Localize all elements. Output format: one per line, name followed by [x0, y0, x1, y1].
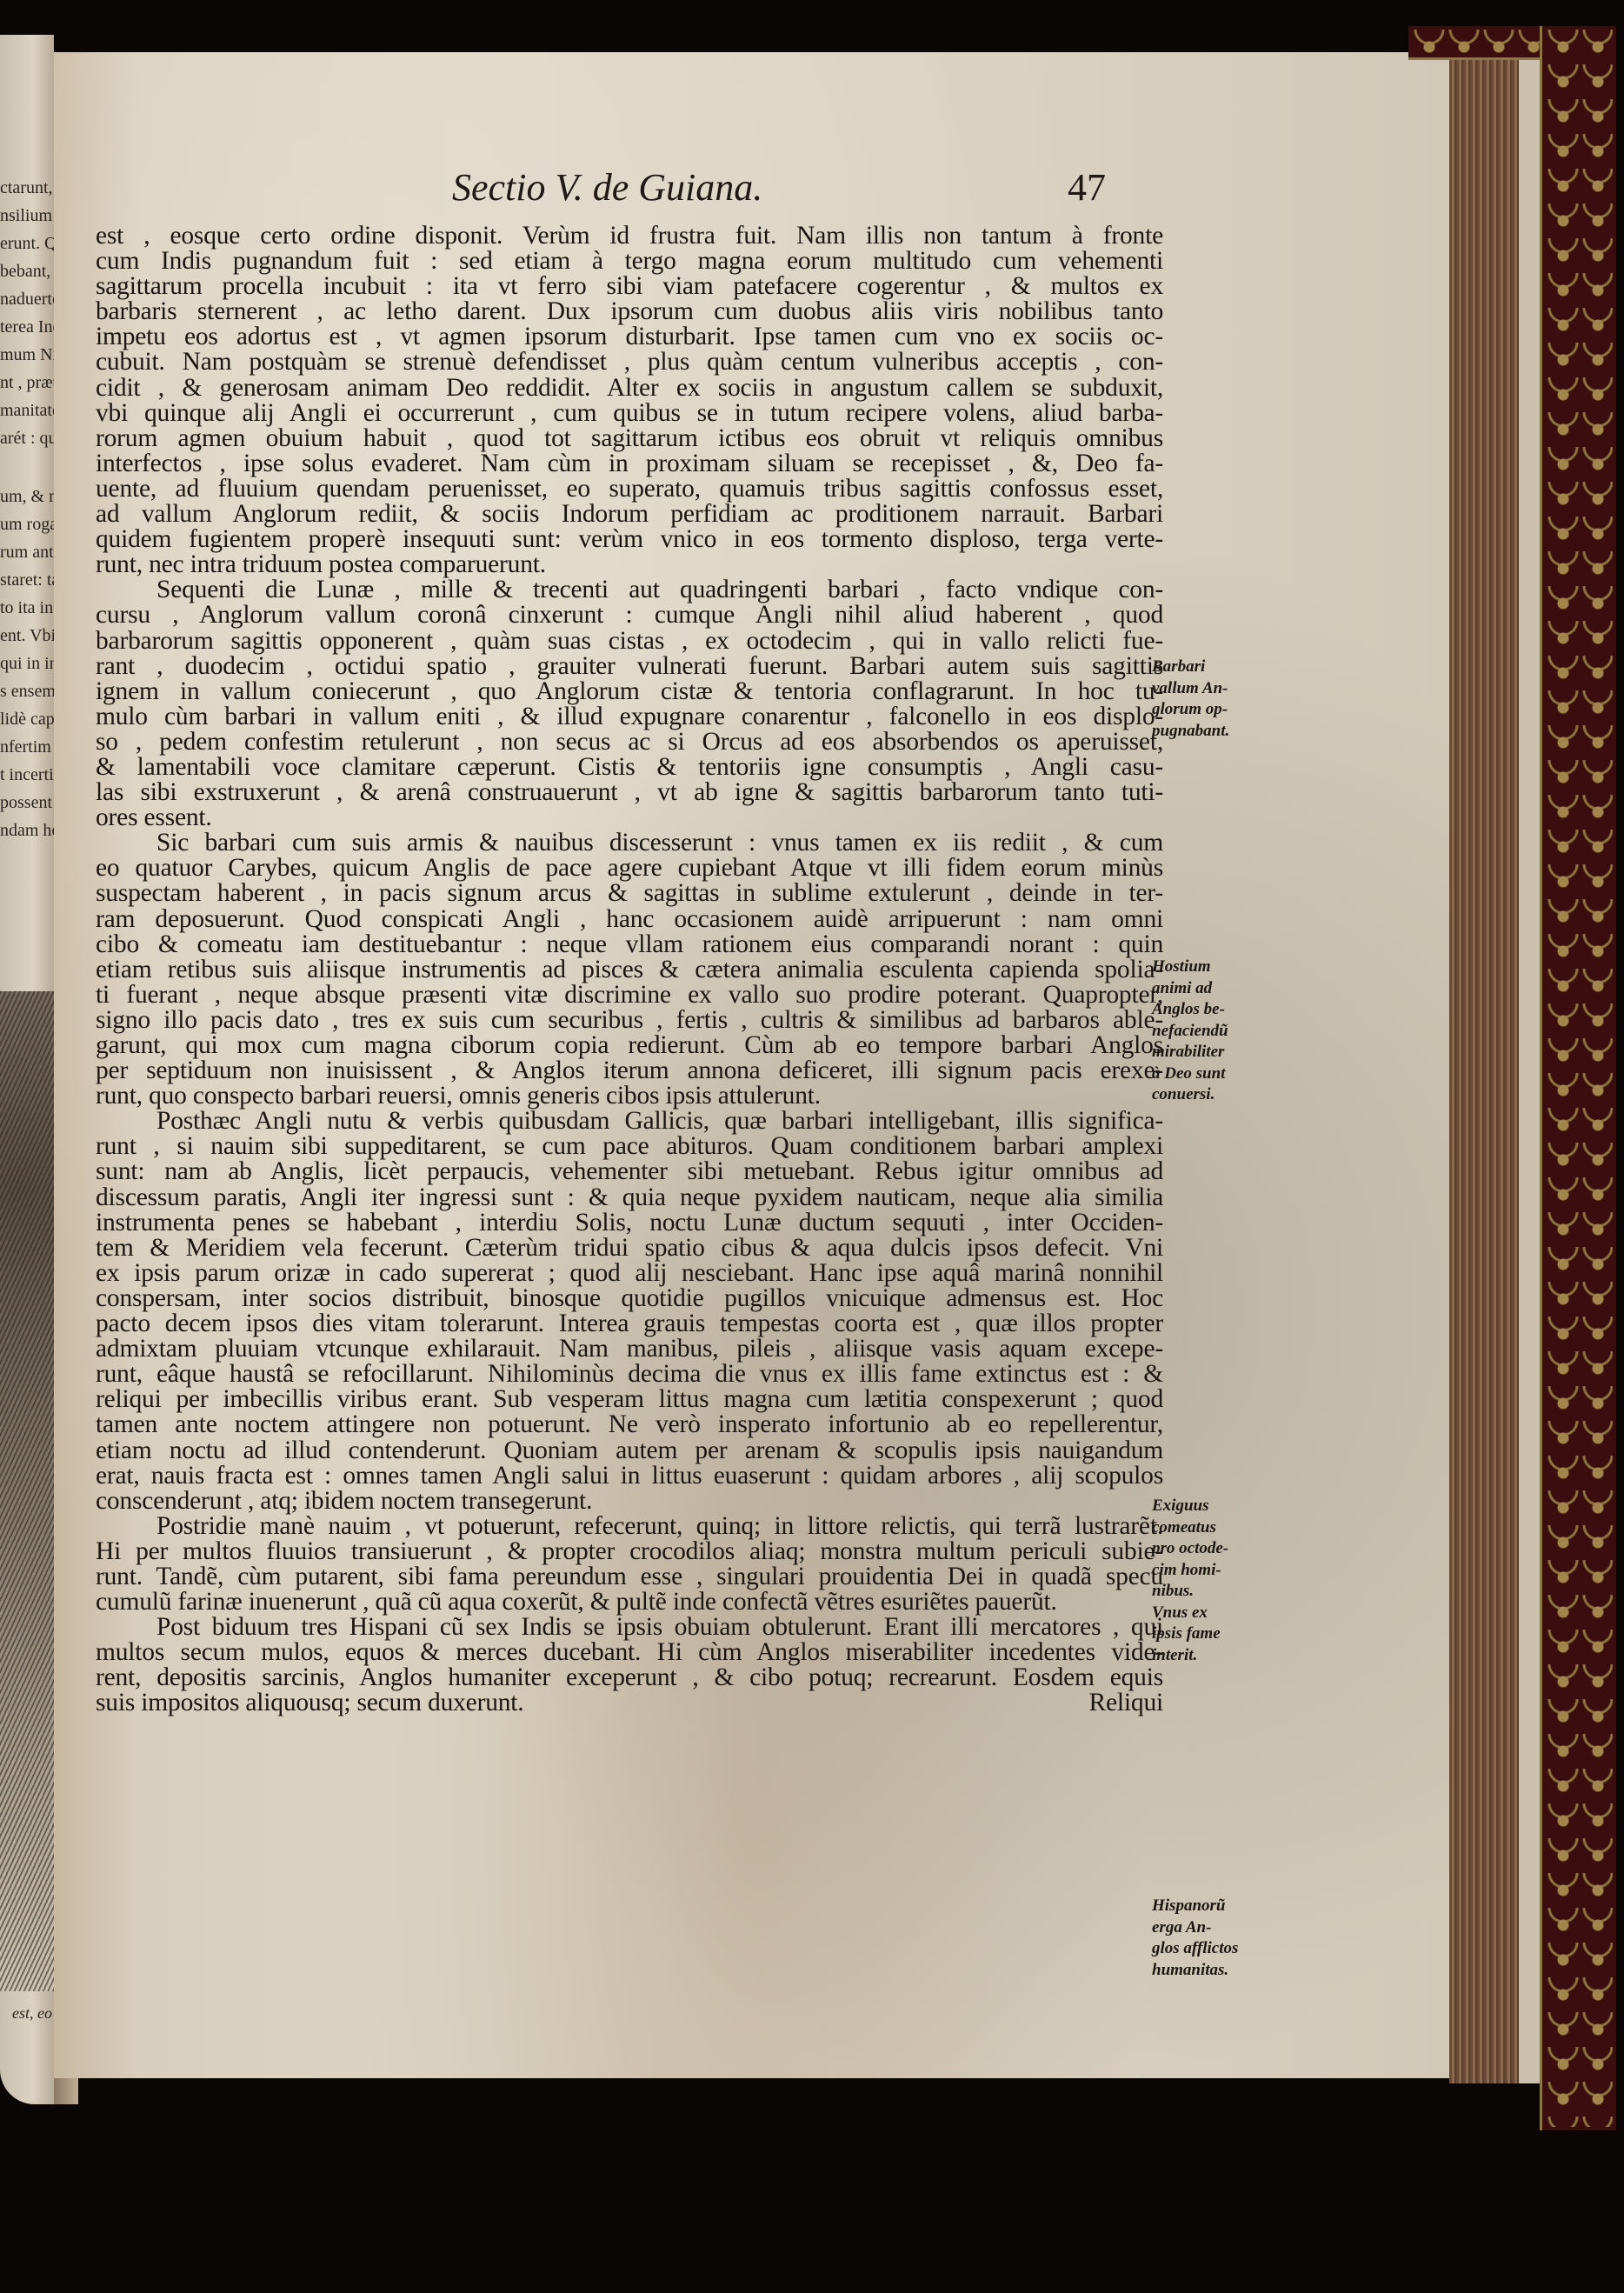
text-line: & lamentabili voce clamitare cæperunt. C… — [96, 755, 1163, 780]
text-line: cum Indis pugnandum fuit : sed etiam à t… — [96, 249, 1163, 274]
page-number: 47 — [1068, 165, 1106, 210]
text-line: per septiduum non inuisissent , & Anglos… — [96, 1058, 1163, 1083]
text-line: cidit , & generosam animam Deo reddidit.… — [96, 376, 1163, 401]
text-line: Postridie manè nauim , vt potuerunt, ref… — [96, 1514, 1163, 1539]
text-line: cibo & comeatu iam destituebantur : nequ… — [96, 932, 1163, 957]
facing-page-fragment: mum Nicoti- — [0, 341, 54, 369]
marginal-note-line: nibus. — [1152, 1581, 1265, 1603]
facing-page-fragment: ctarunt, vbi — [0, 174, 54, 202]
background-top — [54, 0, 1462, 52]
text-line: conscenderunt , atq; ibidem noctem trans… — [96, 1489, 1163, 1514]
text-line: Sequenti die Lunæ , mille & trecenti aut… — [96, 577, 1163, 603]
page-block-edge — [1449, 57, 1519, 2083]
facing-page-fragment: nt , præter h- — [0, 369, 54, 397]
marginal-note-line: humanitas. — [1152, 1960, 1265, 1982]
text-line: rant , duodecim , octidui spatio , graui… — [96, 654, 1163, 679]
text-line: ores essent. — [96, 805, 1163, 830]
marginal-note-line: glorum op- — [1152, 699, 1265, 721]
engraving-illustration — [0, 991, 54, 1991]
text-line: runt, quo conspecto barbari reuersi, omn… — [96, 1083, 1163, 1109]
marginal-note-line: Exiguus — [1152, 1496, 1265, 1517]
facing-page-fragment: um, & metal- — [0, 483, 54, 510]
text-line: cumulũ farinæ inuenerunt , quã cũ aqua c… — [96, 1590, 1163, 1615]
marginal-note-line: Anglos be- — [1152, 999, 1265, 1021]
text-line: admixtam pluuiam vtcunque exhilarauit. N… — [96, 1336, 1163, 1362]
running-header: Sectio V. de Guiana. — [452, 165, 1539, 210]
text-line: uente, ad fluuium quendam peruenisset, e… — [96, 477, 1163, 502]
text-line: runt, eâque haustâ se refocillarunt. Nih… — [96, 1362, 1163, 1387]
marginal-note-line: conuersi. — [1152, 1084, 1265, 1106]
text-line: ram deposuerunt. Quod conspicati Angli ,… — [96, 907, 1163, 932]
text-line: garunt, qui mox cum magna ciborum copia … — [96, 1033, 1163, 1058]
marginal-note-line: ipsis fame — [1152, 1623, 1265, 1645]
marginal-note-line: cim homi- — [1152, 1560, 1265, 1582]
marginal-note: Barbarivallum An-glorum op-pugnabant. — [1152, 657, 1265, 742]
text-line: Sic barbari cum suis armis & nauibus dis… — [96, 830, 1163, 856]
text-line: runt , si nauim sibi suppeditarent, se c… — [96, 1134, 1163, 1159]
text-line: cubuit. Nam postquàm se strenuè defendis… — [96, 350, 1163, 375]
text-line: rorum agmen obuium habuit , quod tot sag… — [96, 426, 1163, 451]
text-line: est , eosque certo ordine disponit. Verù… — [96, 223, 1163, 249]
facing-page-fragment: bebant, tam — [0, 257, 54, 285]
marginal-note-line: pugnabant. — [1152, 721, 1265, 743]
facing-page-fragment: ndam horta- — [0, 817, 54, 844]
page-edge-margin — [1519, 57, 1540, 2083]
facing-page-fragment: qui in insi- — [0, 650, 54, 677]
marginal-note-line: pro octode- — [1152, 1538, 1265, 1560]
facing-page-fragment: staret: tam — [0, 566, 54, 594]
facing-page-fragment: rum antesign- — [0, 538, 54, 566]
text-line: suis impositos aliquousq; secum duxerunt… — [96, 1690, 1163, 1716]
facing-page-fragment: t incerti, cu- — [0, 761, 54, 789]
text-line: barbaris sternerent , ac letho darent. D… — [96, 299, 1163, 324]
text-line: ex ipsis parum orizæ in cado supererat ;… — [96, 1261, 1163, 1286]
text-line: interfectos , ipse solus evaderet. Nam c… — [96, 451, 1163, 477]
facing-page-fragment: erunt. Quo- — [0, 230, 54, 257]
text-line: ignem in vallum coniecerunt , quo Anglor… — [96, 679, 1163, 704]
text-line: las sibi exstruxerunt , & arenâ construa… — [96, 780, 1163, 805]
marginal-note: Hispanorũerga An-glos afflictoshumanitas… — [1152, 1896, 1265, 1981]
marginal-note-line: nefaciendũ — [1152, 1021, 1265, 1043]
facing-page-fragment: to ita incede- — [0, 594, 54, 622]
facing-page-fragment: possent , di- — [0, 789, 54, 817]
text-line: so , pedem confestim retulerunt , non se… — [96, 730, 1163, 755]
text-line: Post biduum tres Hispani cũ sex Indis se… — [96, 1615, 1163, 1640]
marginal-note-line: Vnus ex — [1152, 1603, 1265, 1624]
text-line: mulo cùm barbari in vallum eniti , & ill… — [96, 704, 1163, 730]
text-line: instrumenta penes se habebant , interdiu… — [96, 1210, 1163, 1236]
text-line: sagittarum procella incubuit : ita vt fe… — [96, 274, 1163, 299]
facing-page-fragment: est, eo — [0, 2004, 52, 2023]
text-line: signo illo pacis dato , tres ex suis cum… — [96, 1008, 1163, 1033]
gilt-binding-border — [1540, 26, 1616, 2130]
text-line: runt. Tandẽ, cùm putarent, sibi fama per… — [96, 1564, 1163, 1590]
text-line: cursu , Anglorum vallum coronâ cinxerunt… — [96, 603, 1163, 628]
text-line: etiam retibus suis aliisque instrumentis… — [96, 957, 1163, 983]
text-line: conspersam, inter socios distribuit, bin… — [96, 1286, 1163, 1311]
marginal-note-line: comeatus — [1152, 1517, 1265, 1539]
text-line: reliqui per imbecillis viribus erant. Su… — [96, 1387, 1163, 1412]
text-line: tem & Meridiem vela fecerunt. Cæterùm tr… — [96, 1236, 1163, 1261]
marginal-note-line: mirabiliter — [1152, 1042, 1265, 1063]
body-text: est , eosque certo ordine disponit. Verù… — [96, 223, 1163, 1716]
facing-page-fragment: terea Indi ma- — [0, 313, 54, 341]
text-line: impetu eos adortus est , vt agmen ipsoru… — [96, 324, 1163, 350]
text-line: tamen ante noctem attingere non potuerun… — [96, 1412, 1163, 1437]
marginal-note: Hostiumanimi adAnglos be-nefaciendũmirab… — [1152, 957, 1265, 1106]
marginal-note-line: erga An- — [1152, 1917, 1265, 1939]
text-line: eo quatuor Carybes, quicum Anglis de pac… — [96, 856, 1163, 881]
text-line: sunt: nam ab Anglis, licèt perpaucis, ve… — [96, 1159, 1163, 1184]
text-line: Posthæc Angli nutu & verbis quibusdam Ga… — [96, 1109, 1163, 1134]
marginal-note-line: Hostium — [1152, 957, 1265, 978]
text-line: suspectam haberent , in pacis signum arc… — [96, 881, 1163, 906]
marginal-note-line: Barbari — [1152, 657, 1265, 678]
facing-page-fragment: nsilium cela- — [0, 202, 54, 230]
text-line: erat, nauis fracta est : omnes tamen Ang… — [96, 1463, 1163, 1489]
facing-page-fragment: nfertim expu- — [0, 733, 54, 761]
marginal-note-line: Hispanorũ — [1152, 1896, 1265, 1917]
text-line: ti fuerant , neque absque præsenti vitæ … — [96, 983, 1163, 1008]
marginal-note-line: interit. — [1152, 1645, 1265, 1667]
text-line: Hi per multos fluuios transiuerunt , & p… — [96, 1539, 1163, 1564]
facing-page-fragment: s ensem cu- — [0, 677, 54, 705]
facing-page-fragment: ent. Vbi p- — [0, 622, 54, 650]
text-line: multos secum mulos, equos & merces duceb… — [96, 1640, 1163, 1665]
facing-page: ctarunt, vbinsilium cela-erunt. Quo-beba… — [0, 35, 54, 2104]
marginal-note-line: glos afflictos — [1152, 1938, 1265, 1960]
marginal-note-line: animi ad — [1152, 978, 1265, 1000]
marginal-note-line: à Deo sunt — [1152, 1063, 1265, 1085]
facing-page-fragment: arét : quoni- — [0, 424, 54, 452]
text-line: quidem fugientem properè insequuti sunt:… — [96, 527, 1163, 552]
facing-page-fragment: um rogarunt- — [0, 510, 54, 538]
text-line: runt, nec intra triduum postea comparuer… — [96, 552, 1163, 577]
text-line: vbi quinque alij Angli ei occurrerunt , … — [96, 401, 1163, 426]
facing-page-fragment: manitate An- — [0, 397, 54, 424]
text-line: etiam noctu ad illud contenderunt. Quoni… — [96, 1438, 1163, 1463]
marginal-note-line: vallum An- — [1152, 678, 1265, 700]
facing-page-fragment: lidè capiti i- — [0, 705, 54, 733]
text-line: discessum paratis, Angli iter ingressi s… — [96, 1185, 1163, 1210]
text-line: pacto decem ipsos dies vitam tolerarunt.… — [96, 1311, 1163, 1336]
text-line: rent, depositis sarcinis, Anglos humanit… — [96, 1665, 1163, 1690]
text-line: barbarorum sagittis opponerent , quàm su… — [96, 629, 1163, 654]
text-line: ad vallum Anglorum rediit, & sociis Indo… — [96, 502, 1163, 527]
marginal-note: Exiguuscomeatuspro octode-cim homi-nibus… — [1152, 1496, 1265, 1666]
facing-page-fragment: naduerterent, — [0, 285, 54, 313]
